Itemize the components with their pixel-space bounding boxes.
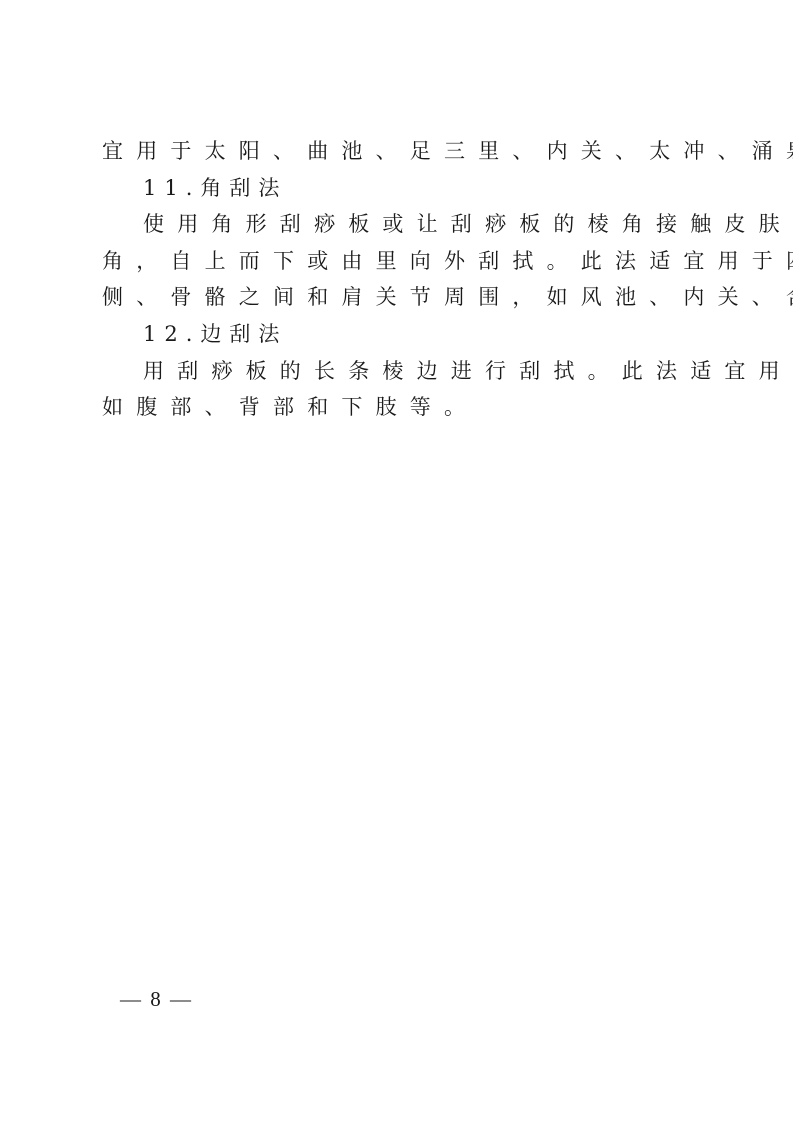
document-body: 宜用于太阳、曲池、足三里、内关、太冲、涌泉、三阴交等穴位。 11.角刮法 使用角… — [102, 133, 702, 426]
section-heading-12: 12.边刮法 — [102, 316, 702, 353]
section-heading-11: 11.角刮法 — [102, 170, 702, 207]
page-number: — 8 — — [120, 986, 193, 1012]
paragraph-continuation-line: 宜用于太阳、曲池、足三里、内关、太冲、涌泉、三阴交等穴位。 — [102, 133, 702, 170]
paragraph-line: 用刮痧板的长条棱边进行刮拭。此法适宜用于面积较大部位， — [102, 353, 702, 390]
paragraph-line: 侧、骨骼之间和肩关节周围，如风池、内关、合谷、中府等穴位。 — [102, 279, 702, 316]
paragraph-line: 如腹部、背部和下肢等。 — [102, 389, 702, 426]
paragraph-line: 角，自上而下或由里向外刮拭。此法适宜用于四肢关节、脊柱两 — [102, 243, 702, 280]
paragraph-line: 使用角形刮痧板或让刮痧板的棱角接触皮肤，与体表成 45° — [102, 206, 702, 243]
